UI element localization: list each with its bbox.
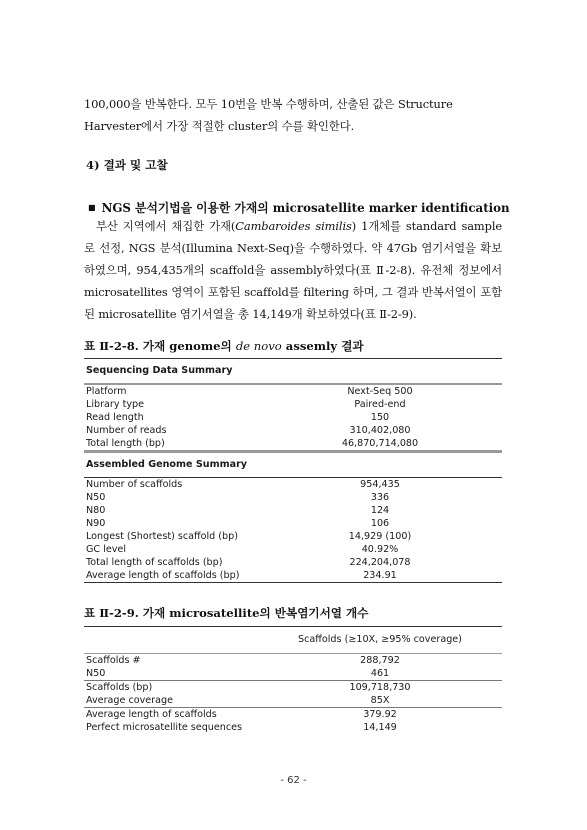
row-label: Platform <box>84 384 258 398</box>
row-value: 954,435 <box>258 478 502 492</box>
table1-caption-italic: de novo <box>236 339 282 353</box>
table-row: Library typePaired-end <box>84 398 502 411</box>
subheading-text: NGS 분석기법을 이용한 가재의 microsatellite marker … <box>102 201 510 215</box>
row-label: Longest (Shortest) scaffold (bp) <box>84 530 258 543</box>
table-row: N90106 <box>84 517 502 530</box>
row-label: Average coverage <box>84 694 258 708</box>
section-heading: 4) 결과 및 고찰 <box>86 157 168 173</box>
table-row: Average length of scaffolds379.92 <box>84 708 502 722</box>
table-row: N80124 <box>84 504 502 517</box>
row-label: N80 <box>84 504 258 517</box>
row-label: Total length of scaffolds (bp) <box>84 556 258 569</box>
table-row: Number of reads310,402,080 <box>84 424 502 437</box>
row-value: 14,149 <box>258 721 502 734</box>
row-value: 46,870,714,080 <box>258 437 502 452</box>
group-title-assembled: Assembled Genome Summary <box>84 452 502 478</box>
table-row: PlatformNext-Seq 500 <box>84 384 502 398</box>
table2-caption: 표 Ⅱ-2-9. 가재 microsatellite의 반복염기서열 개수 <box>84 605 368 621</box>
row-label: Number of reads <box>84 424 258 437</box>
row-value: 124 <box>258 504 502 517</box>
table-row: Average coverage85X <box>84 694 502 708</box>
row-value: 234.91 <box>258 569 502 583</box>
group-title-sequencing: Sequencing Data Summary <box>84 359 502 385</box>
table1-caption-prefix: 표 Ⅱ-2-8. 가재 genome의 <box>84 339 236 353</box>
row-value: 109,718,730 <box>258 681 502 695</box>
table1-caption: 표 Ⅱ-2-8. 가재 genome의 de novo assemly 결과 <box>84 338 364 354</box>
table-group-header: Assembled Genome Summary <box>84 452 502 478</box>
table-row: Total length (bp)46,870,714,080 <box>84 437 502 452</box>
microsatellite-table: Scaffolds (≥10X, ≥95% coverage) Scaffold… <box>84 626 502 734</box>
intro-line-1: 100,000을 반복한다. 모두 10번을 반복 수행하며, 산출된 값은 S… <box>84 97 453 111</box>
table-row: Read length150 <box>84 411 502 424</box>
subheading: ■NGS 분석기법을 이용한 가재의 microsatellite marker… <box>88 199 510 216</box>
page-number: - 62 - <box>0 775 587 786</box>
row-value: 150 <box>258 411 502 424</box>
row-label: N50 <box>84 491 258 504</box>
row-label: N90 <box>84 517 258 530</box>
intro-paragraph: 100,000을 반복한다. 모두 10번을 반복 수행하며, 산출된 값은 S… <box>84 93 502 137</box>
row-label: Total length (bp) <box>84 437 258 452</box>
row-label: Read length <box>84 411 258 424</box>
row-label: N50 <box>84 667 258 681</box>
table-row: N50336 <box>84 491 502 504</box>
species-name: Cambaroides similis <box>235 219 351 233</box>
row-value: 310,402,080 <box>258 424 502 437</box>
row-label: Scaffolds # <box>84 654 258 668</box>
row-value: 40.92% <box>258 543 502 556</box>
table-row: Longest (Shortest) scaffold (bp)14,929 (… <box>84 530 502 543</box>
intro-line-2: Harvester에서 가장 적절한 cluster의 수를 확인한다. <box>84 119 354 133</box>
row-value: 224,204,078 <box>258 556 502 569</box>
header-empty-cell <box>84 627 258 654</box>
row-label: Average length of scaffolds (bp) <box>84 569 258 583</box>
table-row: Average length of scaffolds (bp)234.91 <box>84 569 502 583</box>
row-label: Number of scaffolds <box>84 478 258 492</box>
row-value: Next-Seq 500 <box>258 384 502 398</box>
row-label: GC level <box>84 543 258 556</box>
body-text-part1: 부산 지역에서 채집한 가재( <box>96 219 235 233</box>
row-label: Average length of scaffolds <box>84 708 258 722</box>
table-row: Total length of scaffolds (bp)224,204,07… <box>84 556 502 569</box>
row-value: 106 <box>258 517 502 530</box>
table-row: Number of scaffolds954,435 <box>84 478 502 492</box>
row-value: Paired-end <box>258 398 502 411</box>
row-label: Scaffolds (bp) <box>84 681 258 695</box>
row-value: 461 <box>258 667 502 681</box>
body-paragraph: 부산 지역에서 채집한 가재(Cambaroides similis) 1개체를… <box>84 215 502 325</box>
square-bullet-icon: ■ <box>88 202 96 212</box>
table-row: GC level40.92% <box>84 543 502 556</box>
row-label: Perfect microsatellite sequences <box>84 721 258 734</box>
column-header: Scaffolds (≥10X, ≥95% coverage) <box>258 627 502 654</box>
assembly-results-table: Sequencing Data Summary PlatformNext-Seq… <box>84 358 502 583</box>
table1-caption-suffix: assemly 결과 <box>282 339 364 353</box>
table-row: N50461 <box>84 667 502 681</box>
row-value: 288,792 <box>258 654 502 668</box>
table-group-header: Sequencing Data Summary <box>84 359 502 385</box>
body-text-part2: ) 1개체를 standard sample 로 선정, NGS 분석(Illu… <box>84 219 502 321</box>
table-row: Perfect microsatellite sequences14,149 <box>84 721 502 734</box>
row-value: 379.92 <box>258 708 502 722</box>
table-row: Scaffolds (bp)109,718,730 <box>84 681 502 695</box>
row-label: Library type <box>84 398 258 411</box>
row-value: 14,929 (100) <box>258 530 502 543</box>
table-row: Scaffolds #288,792 <box>84 654 502 668</box>
row-value: 336 <box>258 491 502 504</box>
table-header-row: Scaffolds (≥10X, ≥95% coverage) <box>84 627 502 654</box>
row-value: 85X <box>258 694 502 708</box>
